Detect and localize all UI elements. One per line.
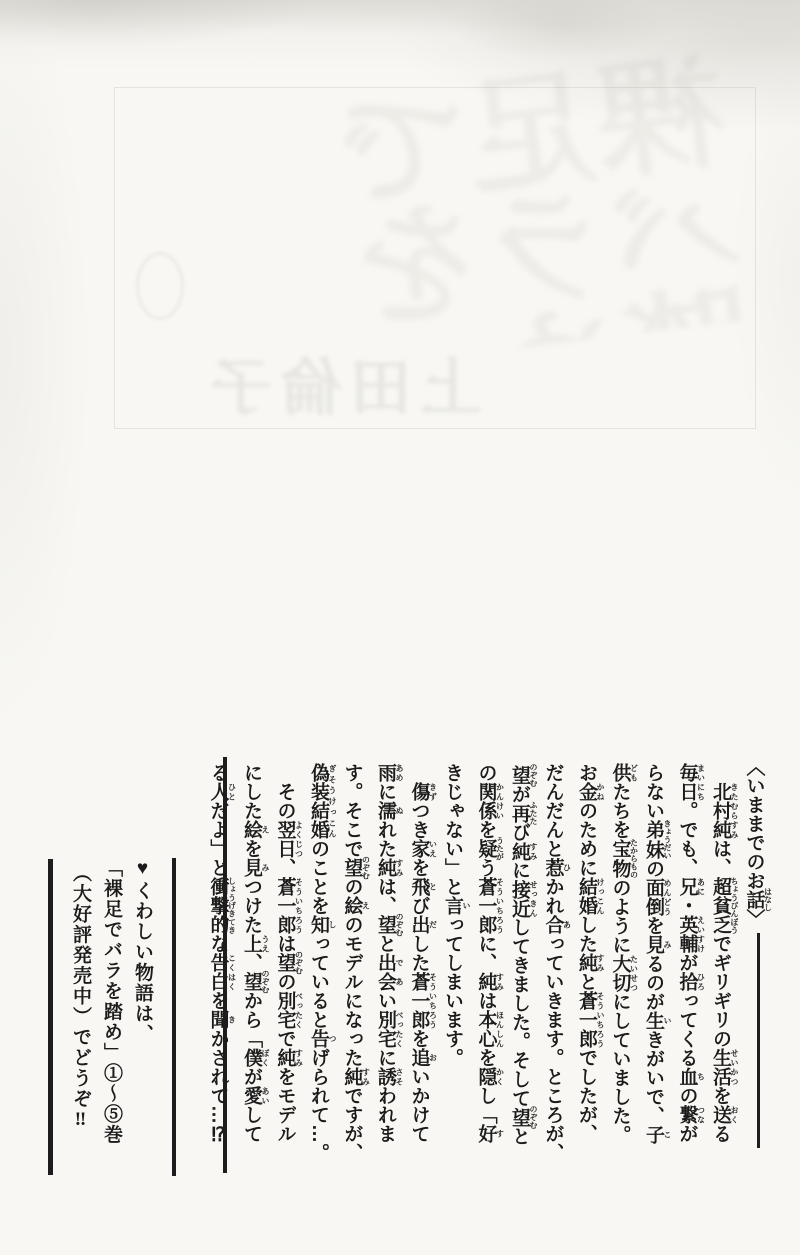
story-column-10: きじゃない」と言いってしまいます。 (437, 757, 471, 1187)
story-column-7: だんだんと惹ひかれ合あっていきます。ところが、 (538, 757, 572, 1187)
story-column-6: お金かねのために結婚けっこんした純すみと蒼一郎そういちろうでしたが、 (571, 757, 605, 1187)
story-column-15: その翌日よくじつ、蒼一郎そういちろうは望のぞむの別宅べったくで純すみをモデル (270, 757, 304, 1187)
heading-trailing-rule (757, 933, 760, 1148)
story-column-16: にした絵えを見みつけた上うえ、望のぞむから「僕ぼくが愛あいして (236, 757, 270, 1187)
story-column-12: 雨あめに濡ぬれた純すみは、望のぞむと出会であい別宅べったくに誘さそわれま (370, 757, 404, 1187)
footer-column-3: （大好評発売中）でどうぞ‼ (65, 858, 96, 1188)
story-column-9: の関係かんけいを疑うたがう蒼一郎そういちろうに、純すみは本心ほんしんを隠かくし「… (471, 757, 505, 1187)
showthrough-author-name: 上田倫子 (152, 338, 482, 424)
footer-column-2: 「裸足でバラを踏め」①〜⑤巻 (96, 858, 127, 1188)
footer-column-1: ♥くわしい物語は、 (127, 858, 158, 1188)
story-column-11: 傷きずつき家いえを飛とび出だした蒼一郎そういちろうを追おいかけて (404, 757, 438, 1187)
story-column-13: す。そこで望のぞむの絵えのモデルになった純すみですが、 (337, 757, 371, 1187)
story-column-17: る人ひとだよ」と衝撃的しょうげきてきな告白こくはくを聞きかされて…⁉ (203, 757, 237, 1187)
story-recap-text: 〈いままでのお話はなし〉北村純きたむらすみは、超貧乏ちょうびんぼうでギリギリの生… (203, 757, 773, 1187)
footer-right-rule (172, 858, 176, 1176)
footer-left-rule (48, 859, 53, 1175)
showthrough-volume-badge (136, 252, 184, 320)
story-column-3: 毎日まいにち。でも、兄あに・英輔えいすけが拾ひろってくる血ちの繋つなが (672, 757, 706, 1187)
story-left-rule (223, 757, 227, 1173)
story-column-8: 望のぞむが再ふたたび純すみに接近せっきんしてきました。そして望のぞむと (504, 757, 538, 1187)
manga-recap-page: { "colors": { "paper": "#f8f7f3", "ink":… (0, 0, 800, 1255)
story-column-14: 偽装結婚ぎそうけっこんのことを知しっていると告つげられて…。 (303, 757, 337, 1187)
story-column-4: らない弟妹きょうだいの面倒めんどうを見みるのが生いきがいで、子こ (638, 757, 672, 1187)
story-column-5: 供どもたちを宝物たからもののように大切たいせつにしていました。 (605, 757, 639, 1187)
footer-promo-text: ♥くわしい物語は、「裸足でバラを踏め」①〜⑤巻（大好評発売中）でどうぞ‼ (65, 858, 158, 1188)
story-column-1: 〈いままでのお話はなし〉 (739, 757, 773, 1187)
story-column-2: 北村純きたむらすみは、超貧乏ちょうびんぼうでギリギリの生活せいかつを送おくる (705, 757, 739, 1187)
showthrough-frame (114, 87, 756, 429)
showthrough-title-logo: 裸足でバラを踏め (270, 52, 750, 375)
